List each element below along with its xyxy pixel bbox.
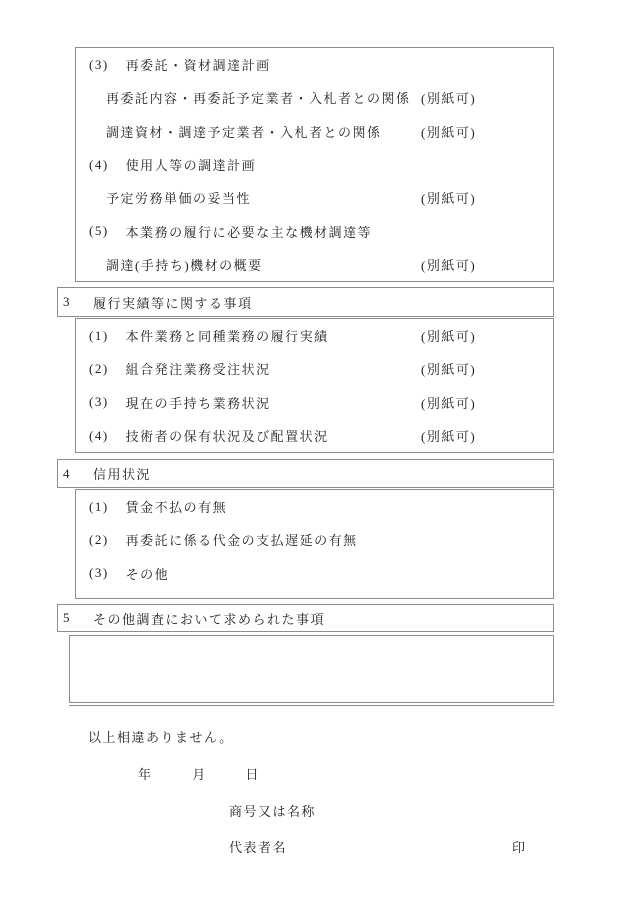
attachment-note: (別紙可): [421, 426, 476, 445]
attachment-note: (別紙可): [421, 393, 476, 412]
section-number: 5: [63, 610, 71, 626]
form-item-row: (3) 現在の手持ち業務状況 (別紙可): [76, 386, 553, 419]
representative-label: 代表者名: [229, 840, 287, 855]
form-item-row: (1) 本件業務と同種業務の履行実績 (別紙可): [76, 319, 553, 352]
representative-line: 代表者名 印: [229, 837, 554, 856]
form-item-row: 調達(手持ち)機材の概要 (別紙可): [76, 248, 553, 281]
item-label: 再委託内容・再委託予定業者・入札者との関係: [106, 88, 411, 107]
form-item-row: 再委託内容・再委託予定業者・入札者との関係 (別紙可): [76, 81, 553, 114]
section4-detail-box: (1) 賃金不払の有無 (2) 再委託に係る代金の支払遅延の有無 (3) その他: [75, 489, 554, 599]
seal-label: 印: [512, 837, 527, 856]
form-item-row: (2) 組合発注業務受注状況 (別紙可): [76, 352, 553, 385]
document-page: (3) 再委託・資材調達計画 再委託内容・再委託予定業者・入札者との関係 (別紙…: [0, 0, 630, 915]
company-name-line: 商号又は名称: [229, 801, 554, 820]
section-title: 信用状況: [93, 464, 151, 483]
section3-detail-box: (1) 本件業務と同種業務の履行実績 (別紙可) (2) 組合発注業務受注状況 …: [75, 318, 554, 453]
table-bottom-rule: [69, 705, 554, 706]
form-item-row: 予定労務単価の妥当性 (別紙可): [76, 181, 553, 214]
attachment-note: (別紙可): [421, 122, 476, 141]
item-label: 技術者の保有状況及び配置状況: [126, 426, 329, 445]
item-label: その他: [126, 564, 170, 583]
date-line: 年 月 日: [138, 764, 554, 783]
form-item-row: (4) 技術者の保有状況及び配置状況 (別紙可): [76, 419, 553, 452]
section-number: 3: [63, 294, 71, 310]
section5-answer-box: [69, 635, 554, 703]
form-item-row: (3) その他: [76, 557, 553, 590]
day-label: 日: [246, 767, 261, 782]
form-item-row: (4) 使用人等の調達計画: [76, 148, 553, 181]
item-label: 使用人等の調達計画: [126, 155, 257, 174]
attachment-note: (別紙可): [421, 326, 476, 345]
item-number: (2): [89, 361, 109, 377]
attachment-note: (別紙可): [421, 88, 476, 107]
item-number: (2): [89, 532, 109, 548]
item-number: (3): [89, 57, 109, 73]
item-label: 賃金不払の有無: [126, 497, 228, 516]
item-number: (3): [89, 565, 109, 581]
item-label: 再委託に係る代金の支払遅延の有無: [126, 530, 358, 549]
attachment-note: (別紙可): [421, 255, 476, 274]
item-number: (4): [89, 428, 109, 444]
form-body: (3) 再委託・資材調達計画 再委託内容・再委託予定業者・入札者との関係 (別紙…: [57, 47, 554, 856]
section-number: 4: [63, 466, 71, 482]
section4-heading-row: 4 信用状況: [57, 459, 554, 488]
item-label: 組合発注業務受注状況: [126, 359, 271, 378]
section-title: 履行実績等に関する事項: [93, 293, 253, 312]
month-label: 月: [192, 767, 207, 782]
section2-detail-box: (3) 再委託・資材調達計画 再委託内容・再委託予定業者・入札者との関係 (別紙…: [75, 47, 554, 282]
company-name-label: 商号又は名称: [229, 804, 316, 819]
item-label: 再委託・資材調達計画: [126, 55, 271, 74]
item-number: (3): [89, 394, 109, 410]
item-label: 本件業務と同種業務の履行実績: [126, 326, 329, 345]
item-label: 本業務の履行に必要な主な機材調達等: [126, 222, 373, 241]
item-number: (1): [89, 328, 109, 344]
form-item-row: 調達資材・調達予定業者・入札者との関係 (別紙可): [76, 115, 553, 148]
attachment-note: (別紙可): [421, 359, 476, 378]
item-number: (1): [89, 499, 109, 515]
form-item-row: (1) 賃金不払の有無: [76, 490, 553, 523]
item-number: (5): [89, 223, 109, 239]
item-label: 予定労務単価の妥当性: [106, 188, 251, 207]
form-item-row: (3) 再委託・資材調達計画: [76, 48, 553, 81]
form-item-row: (5) 本業務の履行に必要な主な機材調達等: [76, 214, 553, 247]
item-label: 調達(手持ち)機材の概要: [106, 255, 263, 274]
attachment-note: (別紙可): [421, 188, 476, 207]
item-number: (4): [89, 157, 109, 173]
year-label: 年: [138, 767, 153, 782]
item-label: 現在の手持ち業務状況: [126, 393, 271, 412]
form-item-row: (2) 再委託に係る代金の支払遅延の有無: [76, 523, 553, 556]
section-title: その他調査において求められた事項: [93, 609, 325, 628]
closing-statement: 以上相違ありません。: [88, 727, 554, 746]
section5-heading-row: 5 その他調査において求められた事項: [57, 604, 554, 632]
item-label: 調達資材・調達予定業者・入札者との関係: [106, 122, 382, 141]
section3-heading-row: 3 履行実績等に関する事項: [57, 287, 554, 317]
